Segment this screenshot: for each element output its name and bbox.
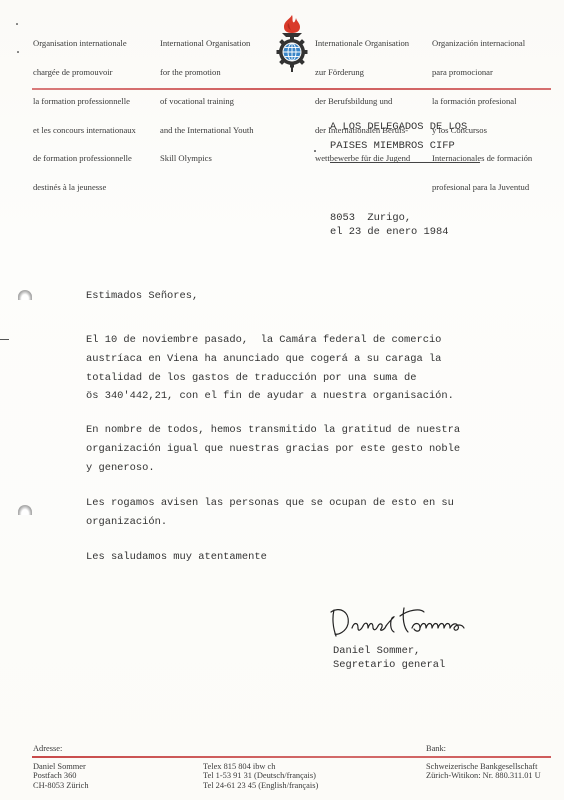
fold-mark [0, 339, 9, 340]
contact-line: Tel 24-61 23 45 (English/français) [203, 781, 318, 790]
letterhead-line: destinés à la jeunesse [33, 183, 136, 193]
paragraph-3: Les rogamos avisen las personas que se o… [86, 494, 454, 532]
letterhead-line: chargée de promouvoir [33, 68, 136, 78]
letterhead-line: Organización internacional [432, 39, 532, 49]
paper-speck [16, 23, 18, 25]
letterhead-line: Internationale Organisation [315, 39, 410, 49]
paragraph-line: organización. [86, 513, 454, 532]
signatory-title: Segretario general [333, 658, 445, 672]
letterhead-line: zur Förderung [315, 68, 410, 78]
place: 8053 Zurigo, [330, 211, 448, 225]
bank-label: Bank: [426, 744, 446, 753]
addressee-block: A LOS DELEGADOS DE LOSPAISES MIEMBROS CI… [330, 118, 467, 156]
letterhead-line: and the International Youth [160, 126, 254, 136]
letterhead-line: Organisation internationale [33, 39, 136, 49]
letter-page: Organisation internationale chargée de p… [0, 0, 564, 800]
addressee-line: A LOS DELEGADOS DE LOS [330, 118, 467, 137]
paragraph-line: El 10 de noviembre pasado, la Camára fed… [86, 331, 454, 350]
letterhead-line: para promocionar [432, 68, 532, 78]
paragraph-line: En nombre de todos, hemos transmitido la… [86, 421, 460, 440]
paragraph-1: El 10 de noviembre pasado, la Camára fed… [86, 331, 454, 406]
letterhead-spanish: Organización internacional para promocio… [432, 20, 532, 212]
paper-speck [17, 51, 19, 53]
footer-bank: Schweizerische Bankgesellschaft Zürich-W… [426, 762, 541, 781]
letterhead-line: la formation professionnelle [33, 97, 136, 107]
contact-line: Tel 1-53 91 31 (Deutsch/français) [203, 771, 318, 780]
contact-line: Telex 815 804 ibw ch [203, 762, 318, 771]
footer-divider [32, 756, 551, 758]
punch-hole [18, 290, 32, 300]
address-label: Adresse: [33, 744, 62, 753]
letterhead-line: de formation professionnelle [33, 154, 136, 164]
letterhead-divider [32, 88, 551, 90]
handwritten-signature-icon [328, 598, 498, 640]
paragraph-line: organización igual que nuestras gracias … [86, 440, 460, 459]
address-line: CH-8053 Zürich [33, 781, 89, 790]
signatory-block: Daniel Sommer,Segretario general [333, 644, 445, 672]
salutation: Estimados Señores, [86, 287, 198, 306]
paragraph-2: En nombre de todos, hemos transmitido la… [86, 421, 460, 477]
address-line: Postfach 360 [33, 771, 89, 780]
flame-gear-globe-logo-icon [274, 14, 310, 72]
paragraph-line: totalidad de los gastos de traducción po… [86, 369, 454, 388]
letterhead-french: Organisation internationale chargée de p… [33, 20, 136, 212]
letterhead-line: der Berufsbildung und [315, 97, 410, 107]
letterhead-line: la formación profesional [432, 97, 532, 107]
footer-address: Daniel Sommer Postfach 360 CH-8053 Züric… [33, 762, 89, 790]
letterhead-german: Internationale Organisation zur Förderun… [315, 20, 410, 183]
bank-line: Schweizerische Bankgesellschaft [426, 762, 541, 771]
paragraph-line: Les rogamos avisen las personas que se o… [86, 494, 454, 513]
paper-speck [314, 150, 316, 152]
addressee-line: PAISES MIEMBROS CIFP [330, 137, 467, 156]
footer-contact: Telex 815 804 ibw ch Tel 1-53 91 31 (Deu… [203, 762, 318, 790]
place-date-block: 8053 Zurigo,el 23 de enero 1984 [330, 211, 448, 239]
letterhead-english: International Organisation for the promo… [160, 20, 254, 183]
closing: Les saludamos muy atentamente [86, 548, 267, 567]
bank-line: Zürich-Witikon: Nr. 880.311.01 U [426, 771, 541, 780]
punch-hole [18, 505, 32, 515]
letterhead-line: International Organisation [160, 39, 254, 49]
address-line: Daniel Sommer [33, 762, 89, 771]
paragraph-line: y generoso. [86, 459, 460, 478]
paragraph-line: austríaca en Viena ha anunciado que coge… [86, 350, 454, 369]
letterhead-line: profesional para la Juventud [432, 183, 532, 193]
letterhead-line: Skill Olympics [160, 154, 254, 164]
letterhead-line: of vocational training [160, 97, 254, 107]
letterhead-line: for the promotion [160, 68, 254, 78]
addressee-underline [330, 162, 480, 163]
letterhead-line: et les concours internationaux [33, 126, 136, 136]
signatory-name: Daniel Sommer, [333, 644, 445, 658]
paragraph-line: ös 340'442,21, con el fin de ayudar a nu… [86, 387, 454, 406]
date: el 23 de enero 1984 [330, 225, 448, 239]
